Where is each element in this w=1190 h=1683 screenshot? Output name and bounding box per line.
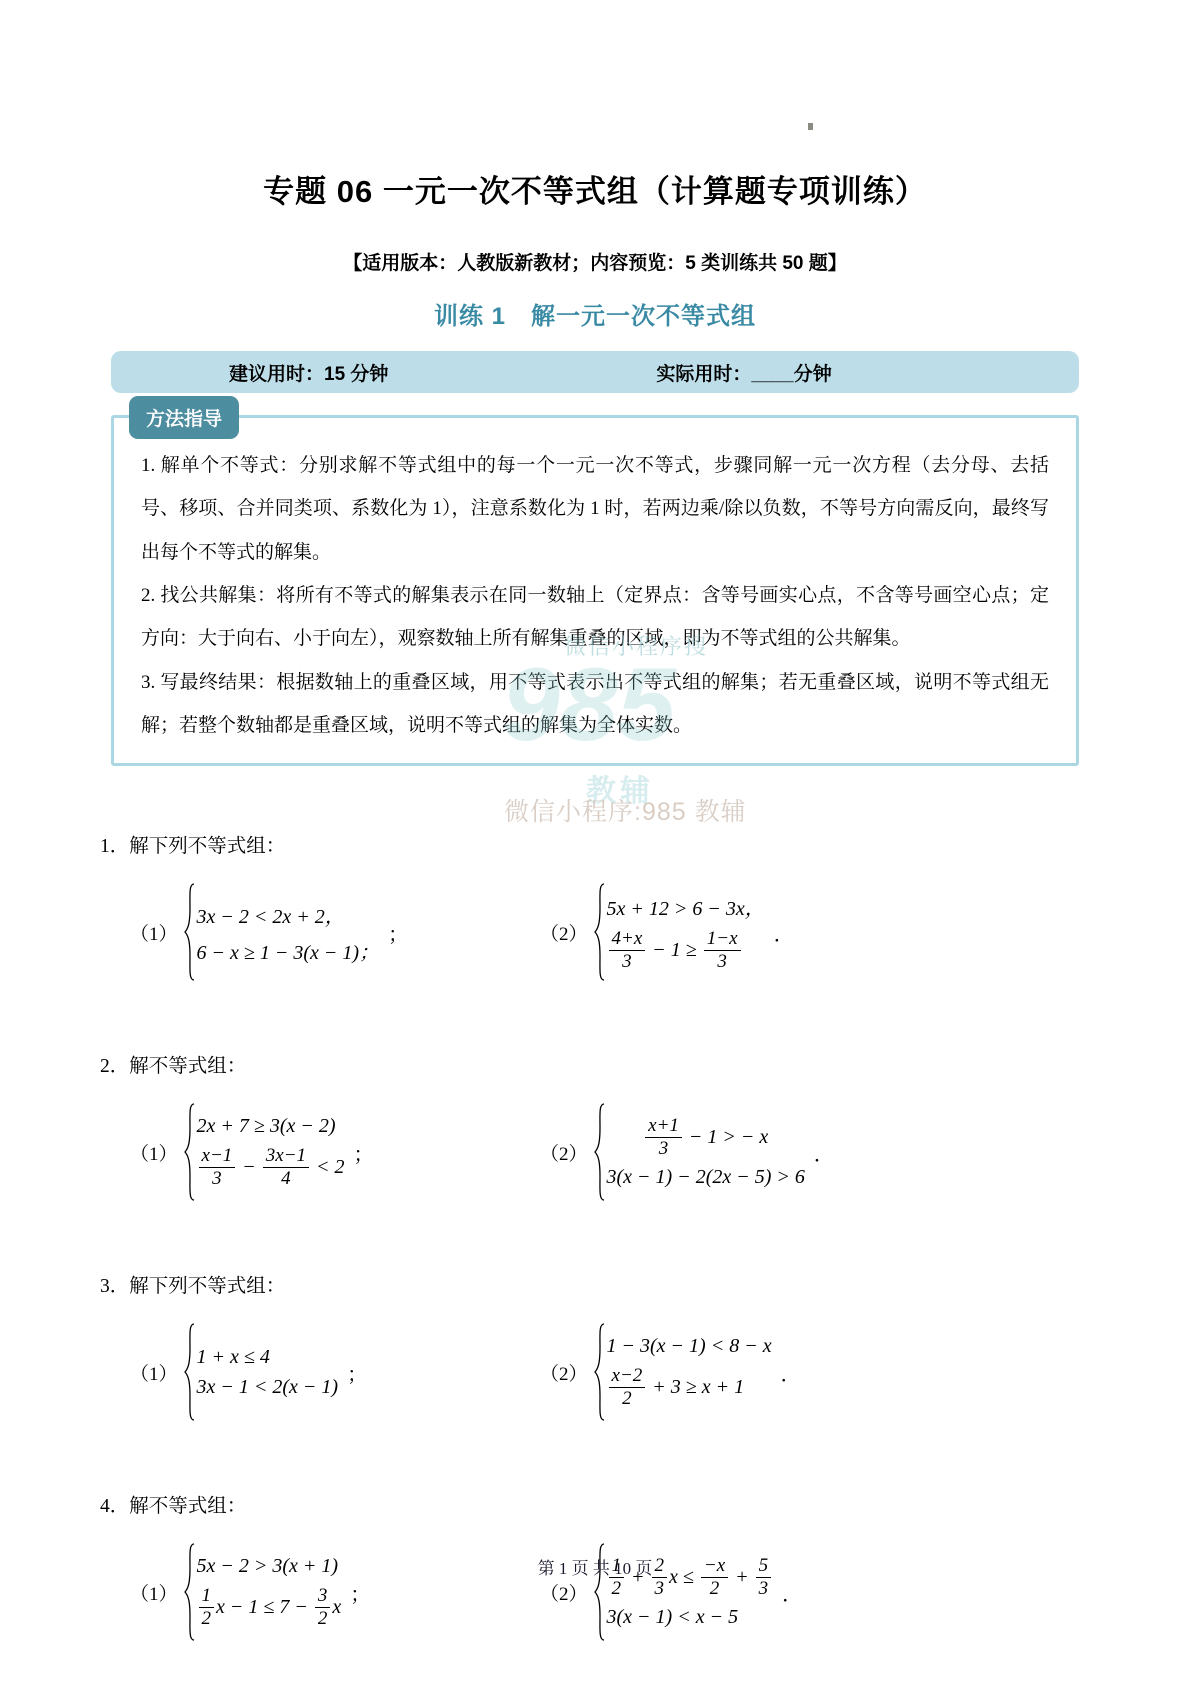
math-row: 1 + x ≤ 4 <box>197 1346 339 1369</box>
part-tail-punctuation: ； <box>388 918 408 947</box>
problem-block: 3．解下列不等式组：（1）1 + x ≤ 43x − 1 < 2(x − 1)；… <box>100 1270 1090 1422</box>
fraction-numerator: x+1 <box>645 1115 682 1136</box>
fraction-numerator: 1−x <box>704 928 741 949</box>
fraction: 3x−14 <box>263 1145 309 1189</box>
system-brace-icon <box>183 1322 195 1422</box>
problems: 1．解下列不等式组：（1）3x − 2 < 2x + 2，6 − x ≥ 1 −… <box>100 830 1090 1642</box>
math-text: x − 1 ≤ 7 − <box>216 1596 313 1619</box>
inequality-system: 2x + 7 ≥ 3(x − 2)x−13 − 3x−14 < 2 <box>183 1102 345 1202</box>
page-footer: 第 1 页 共 10 页 <box>0 1554 1190 1579</box>
timing-bar: 建议用时：15 分钟 实际用时：____分钟 <box>111 351 1079 393</box>
problem-parts: （1）2x + 7 ≥ 3(x − 2)x−13 − 3x−14 < 2；（2）… <box>100 1102 1090 1202</box>
fraction-denominator: 3 <box>652 1577 668 1599</box>
fraction-numerator: 3 <box>315 1585 331 1606</box>
math-row: 4+x3 − 1 ≥ 1−x3 <box>607 928 765 972</box>
math-text: 2x + 7 ≥ 3(x − 2) <box>197 1115 336 1138</box>
math-row: 2x + 7 ≥ 3(x − 2) <box>197 1115 345 1138</box>
fraction: 1−x3 <box>704 928 741 972</box>
fraction-denominator: 2 <box>701 1577 728 1599</box>
problem-header: 3．解下列不等式组： <box>100 1270 1090 1298</box>
fraction-denominator: 2 <box>315 1607 331 1629</box>
worksheet-page: 专题 06 一元一次不等式组（计算题专项训练） 【适用版本：人教版新教材；内容预… <box>0 0 1190 1683</box>
fraction-denominator: 3 <box>756 1577 772 1599</box>
problem-parts: （1）3x − 2 < 2x + 2，6 − x ≥ 1 − 3(x − 1)；… <box>100 882 1090 982</box>
math-text: 3(x − 1) < x − 5 <box>607 1606 739 1629</box>
math-text: 1 + x ≤ 4 <box>197 1346 270 1369</box>
fraction-denominator: 2 <box>609 1577 625 1599</box>
system-rows: x+13 − 1 > − x3(x − 1) − 2(2x − 5) > 6 <box>605 1113 805 1191</box>
fraction-numerator: x−2 <box>609 1365 646 1386</box>
math-text: x <box>332 1596 341 1619</box>
fraction-numerator: x−1 <box>199 1145 236 1166</box>
fraction-denominator: 3 <box>704 950 741 972</box>
math-row: 6 − x ≥ 1 − 3(x − 1)； <box>197 936 380 965</box>
part-label: （1） <box>130 1359 178 1386</box>
math-text: − <box>237 1156 261 1179</box>
problem-part: （1）2x + 7 ≥ 3(x − 2)x−13 − 3x−14 < 2； <box>130 1102 510 1202</box>
math-text: − 1 > − x <box>684 1126 768 1149</box>
part-label: （2） <box>540 1139 588 1166</box>
part-label: （2） <box>540 1359 588 1386</box>
problem-part: （2）x+13 − 1 > − x3(x − 1) − 2(2x − 5) > … <box>540 1102 834 1202</box>
problem-block: 1．解下列不等式组：（1）3x − 2 < 2x + 2，6 − x ≥ 1 −… <box>100 830 1090 982</box>
problem-header: 2．解不等式组： <box>100 1050 1090 1078</box>
problem-title: 解不等式组： <box>129 1496 246 1517</box>
method-item: 2. 找公共解集：将所有不等式的解集表示在同一数轴上（定界点：含等号画实心点，不… <box>141 574 1049 661</box>
fraction-numerator: 4+x <box>609 928 646 949</box>
math-row: x−13 − 3x−14 < 2 <box>197 1145 345 1189</box>
system-rows: 1 − 3(x − 1) < 8 − xx−22 + 3 ≥ x + 1 <box>605 1333 772 1411</box>
part-label: （1） <box>130 1139 178 1166</box>
fraction-denominator: 3 <box>645 1137 682 1159</box>
fraction: x+13 <box>645 1115 682 1159</box>
math-row: x+13 − 1 > − x <box>643 1115 768 1159</box>
part-label: （2） <box>540 1579 588 1606</box>
system-rows: 3x − 2 < 2x + 2，6 − x ≥ 1 − 3(x − 1)； <box>195 898 380 967</box>
part-label: （1） <box>130 919 178 946</box>
problem-part: （2）5x + 12 > 6 − 3x，4+x3 − 1 ≥ 1−x3． <box>540 882 794 982</box>
math-row: 1 − 3(x − 1) < 8 − x <box>607 1335 772 1358</box>
part-tail-punctuation: ． <box>774 918 794 947</box>
math-row: 12x − 1 ≤ 7 − 32x <box>197 1585 342 1629</box>
fraction: 4+x3 <box>609 928 646 972</box>
fraction-denominator: 3 <box>609 950 646 972</box>
fraction: x−22 <box>609 1365 646 1409</box>
inequality-system: 1 − 3(x − 1) < 8 − xx−22 + 3 ≥ x + 1 <box>593 1322 772 1422</box>
fraction-numerator: 3x−1 <box>263 1145 309 1166</box>
problem-title: 解下列不等式组： <box>129 836 285 857</box>
method-item: 1. 解单个不等式：分别求解不等式组中的每一个一元一次不等式，步骤同解一元一次方… <box>141 444 1049 574</box>
fraction: x−13 <box>199 1145 236 1189</box>
problem-parts: （1）1 + x ≤ 43x − 1 < 2(x − 1)；（2）1 − 3(x… <box>100 1322 1090 1422</box>
math-text: 3(x − 1) − 2(2x − 5) > 6 <box>607 1166 805 1189</box>
fraction-numerator: 1 <box>199 1585 215 1606</box>
system-brace-icon <box>593 1322 605 1422</box>
system-brace-icon <box>593 1102 605 1202</box>
problem-header: 1．解下列不等式组： <box>100 830 1090 858</box>
fraction-denominator: 2 <box>609 1387 646 1409</box>
math-text: 6 − x ≥ 1 − 3(x − 1)； <box>197 936 380 965</box>
math-row: 3(x − 1) − 2(2x − 5) > 6 <box>607 1166 805 1189</box>
math-text: − 1 ≥ <box>647 939 701 962</box>
part-tail-punctuation: ． <box>781 1358 801 1387</box>
system-rows: 1 + x ≤ 43x − 1 < 2(x − 1) <box>195 1344 339 1401</box>
inequality-system: 1 + x ≤ 43x − 1 < 2(x − 1) <box>183 1322 339 1422</box>
part-tail-punctuation: ； <box>354 1138 374 1167</box>
problem-block: 2．解不等式组：（1）2x + 7 ≥ 3(x − 2)x−13 − 3x−14… <box>100 1050 1090 1202</box>
math-row: 5x + 12 > 6 − 3x， <box>607 892 765 921</box>
math-row: 3x − 1 < 2(x − 1) <box>197 1376 339 1399</box>
math-text: + 3 ≥ x + 1 <box>647 1376 744 1399</box>
inequality-system: 5x + 12 > 6 − 3x，4+x3 − 1 ≥ 1−x3 <box>593 882 765 982</box>
fraction-denominator: 2 <box>199 1607 215 1629</box>
watermark-logo-label: 教辅 <box>586 766 654 810</box>
fraction-denominator: 3 <box>199 1167 236 1189</box>
problem-title: 解下列不等式组： <box>129 1276 285 1297</box>
method-box: 微信小程序搜 985 教辅 方法指导 1. 解单个不等式：分别求解不等式组中的每… <box>111 415 1079 766</box>
method-badge: 方法指导 <box>129 396 239 439</box>
page-subtitle: 【适用版本：人教版新教材；内容预览：5 类训练共 50 题】 <box>0 248 1190 275</box>
system-brace-icon <box>183 882 195 982</box>
problem-number: 1． <box>100 836 129 857</box>
section-heading: 训练 1 解一元一次不等式组 <box>0 296 1190 331</box>
system-rows: 2x + 7 ≥ 3(x − 2)x−13 − 3x−14 < 2 <box>195 1113 345 1191</box>
method-item: 3. 写最终结果：根据数轴上的重叠区域，用不等式表示出不等式组的解集；若无重叠区… <box>141 661 1049 748</box>
part-tail-punctuation: ． <box>782 1578 802 1607</box>
actual-time-label: 实际用时：____分钟 <box>656 359 831 386</box>
inequality-system: 3x − 2 < 2x + 2，6 − x ≥ 1 − 3(x − 1)； <box>183 882 380 982</box>
page-title: 专题 06 一元一次不等式组（计算题专项训练） <box>0 166 1190 211</box>
math-row: x−22 + 3 ≥ x + 1 <box>607 1365 772 1409</box>
part-label: （1） <box>130 1579 178 1606</box>
part-tail-punctuation: ； <box>347 1358 367 1387</box>
fraction-denominator: 4 <box>263 1167 309 1189</box>
fraction: 32 <box>315 1585 331 1629</box>
artifact-dot <box>808 123 813 130</box>
fraction: 12 <box>199 1585 215 1629</box>
problem-part: （1）3x − 2 < 2x + 2，6 − x ≥ 1 − 3(x − 1)；… <box>130 882 510 982</box>
part-tail-punctuation: ； <box>350 1578 370 1607</box>
problem-number: 3． <box>100 1276 129 1297</box>
suggested-time-label: 建议用时：15 分钟 <box>229 359 388 386</box>
math-text: 1 − 3(x − 1) < 8 − x <box>607 1335 772 1358</box>
problem-header: 4．解不等式组： <box>100 1490 1090 1518</box>
problem-part: （2）1 − 3(x − 1) < 8 − xx−22 + 3 ≥ x + 1． <box>540 1322 801 1422</box>
system-rows: 5x + 12 > 6 − 3x，4+x3 − 1 ≥ 1−x3 <box>605 890 765 974</box>
problem-title: 解不等式组： <box>129 1056 246 1077</box>
math-row: 3x − 2 < 2x + 2， <box>197 900 380 929</box>
system-brace-icon <box>593 882 605 982</box>
watermark-text: 微信小程序:985 教辅 <box>504 792 747 828</box>
math-text: 3x − 1 < 2(x − 1) <box>197 1376 339 1399</box>
math-row: 3(x − 1) < x − 5 <box>607 1606 774 1629</box>
math-text: 5x + 12 > 6 − 3x， <box>607 892 765 921</box>
math-text: < 2 <box>311 1156 345 1179</box>
system-brace-icon <box>183 1102 195 1202</box>
part-tail-punctuation: ． <box>814 1138 834 1167</box>
math-text: 3x − 2 < 2x + 2， <box>197 900 345 929</box>
problem-part: （1）1 + x ≤ 43x − 1 < 2(x − 1)； <box>130 1322 510 1422</box>
problem-number: 4． <box>100 1496 129 1517</box>
problem-number: 2． <box>100 1056 129 1077</box>
inequality-system: x+13 − 1 > − x3(x − 1) − 2(2x − 5) > 6 <box>593 1102 805 1202</box>
part-label: （2） <box>540 919 588 946</box>
